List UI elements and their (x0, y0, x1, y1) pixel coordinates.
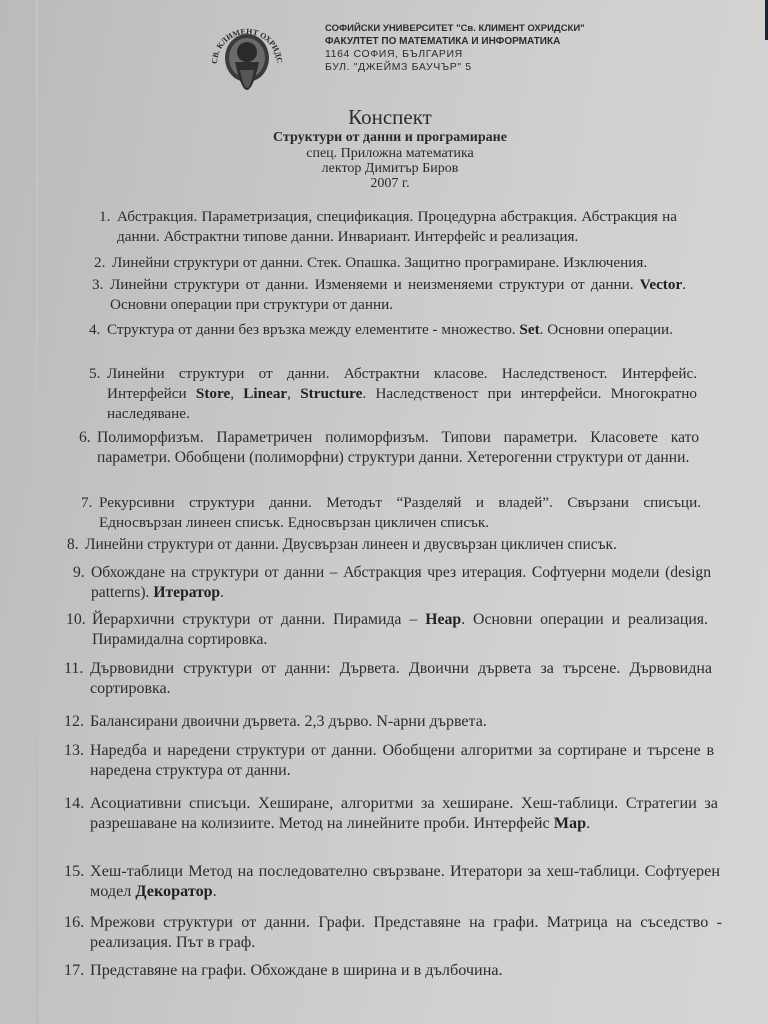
list-item-number: 9. (73, 563, 85, 583)
list-item: 7.Рекурсивни структури данни. Методът “Р… (99, 493, 701, 533)
document-header: Конспект Структури от данни и програмира… (0, 104, 768, 191)
list-item-text: Дървовидни структури от данни: Дървета. … (90, 660, 712, 697)
bold-term: Set (519, 321, 539, 338)
list-item-text: Мрежови структури от данни. Графи. Предс… (90, 913, 722, 951)
list-item-number: 15. (64, 861, 84, 881)
bold-term: Structure (300, 385, 362, 402)
list-item: 4.Структура от данни без връзка между ел… (107, 320, 691, 340)
list-item-number: 13. (64, 741, 84, 761)
list-item: 5.Линейни структури от данни. Абстрактни… (107, 364, 697, 424)
list-item-text: Йерархични структури от данни. Пирамида … (92, 611, 425, 628)
bold-term: Linear (243, 385, 287, 402)
address-line: БУЛ. "ДЖЕЙМЗ БАУЧЪР" 5 (325, 61, 585, 74)
list-item-number: 1. (99, 207, 110, 227)
bold-term: Итератор (153, 584, 220, 601)
list-item-text: Асоциативни списъци. Хеширане, алгоритми… (90, 794, 718, 832)
faculty-name: ФАКУЛТЕТ ПО МАТЕМАТИКА И ИНФОРМАТИКА (325, 35, 585, 48)
list-item-text: . (213, 882, 217, 900)
list-item-number: 2. (94, 253, 105, 273)
list-item-text: , (287, 385, 300, 402)
list-item-text: Полиморфизъм. Параметричен полиморфизъм.… (97, 429, 699, 466)
list-item-text: Представяне на графи. Обхождане в ширина… (90, 961, 503, 979)
list-item: 2.Линейни структури от данни. Стек. Опаш… (112, 253, 682, 273)
list-item-text: Рекурсивни структури данни. Методът “Раз… (99, 494, 701, 531)
list-item-text: Наредба и наредени структури от данни. О… (90, 742, 714, 779)
specialty: спец. Приложна математика (0, 146, 768, 161)
list-item-text: Абстракция. Параметризация, спецификация… (117, 208, 677, 245)
list-item-number: 17. (64, 960, 84, 980)
list-item: 11.Дървовидни структури от данни: Дървет… (90, 659, 712, 699)
list-item-number: 8. (67, 535, 79, 555)
list-item-number: 5. (89, 364, 100, 384)
list-item: 16.Мрежови структури от данни. Графи. Пр… (90, 912, 722, 952)
list-item-number: 6. (79, 428, 91, 448)
list-item-number: 14. (64, 793, 84, 813)
list-item-text: Линейни структури от данни. Двусвързан л… (85, 536, 617, 553)
list-item: 10.Йерархични структури от данни. Пирами… (92, 610, 708, 650)
list-item-text: Структура от данни без връзка между елем… (107, 321, 519, 338)
list-item: 12.Балансирани двоични дървета. 2,3 дърв… (90, 712, 712, 732)
list-item-number: 11. (64, 659, 83, 679)
page-title: Конспект (0, 104, 768, 130)
university-seal-icon: СВ. КЛИМЕНТ ОХРИДСКИ (207, 18, 287, 114)
list-item-number: 16. (64, 912, 84, 932)
letterhead: СВ. КЛИМЕНТ ОХРИДСКИ СОФИЙСКИ УНИВЕРСИТЕ… (0, 0, 768, 110)
list-item-number: 7. (81, 493, 92, 513)
bold-term: Vector (640, 276, 682, 293)
list-item: 6.Полиморфизъм. Параметричен полиморфизъ… (97, 428, 699, 468)
university-name: СОФИЙСКИ УНИВЕРСИТЕТ "Св. КЛИМЕНТ ОХРИДС… (325, 22, 585, 35)
list-item-number: 10. (66, 610, 86, 630)
list-item: 9.Обхождане на структури от данни – Абст… (91, 563, 711, 603)
list-item-text: Линейни структури от данни. Изменяеми и … (110, 276, 640, 293)
list-item-text: . Основни операции. (540, 321, 673, 338)
bold-term: Map (554, 814, 586, 832)
list-item-text: , (230, 385, 243, 402)
list-item: 17.Представяне на графи. Обхождане в шир… (90, 960, 722, 980)
bold-term: Store (196, 385, 230, 402)
list-item: 1.Абстракция. Параметризация, спецификац… (117, 207, 677, 247)
list-item-text: . (586, 814, 590, 832)
list-item: 15.Хеш-таблици Метод на последователно с… (90, 861, 720, 901)
bold-term: Декоратор (135, 882, 212, 900)
list-item: 8.Линейни структури от данни. Двусвързан… (85, 535, 705, 555)
list-item-number: 4. (89, 320, 100, 340)
course-title: Структури от данни и програмиране (0, 130, 768, 146)
list-item-number: 3. (92, 275, 103, 295)
lecturer: лектор Димитър Биров (0, 161, 768, 176)
list-item-number: 12. (64, 712, 84, 732)
list-item: 3.Линейни структури от данни. Изменяеми … (110, 275, 686, 315)
city-line: 1164 СОФИЯ, БЪЛГАРИЯ (325, 48, 585, 61)
list-item: 13.Наредба и наредени структури от данни… (90, 741, 714, 781)
list-item-text: . (220, 584, 224, 601)
list-item-text: Балансирани двоични дървета. 2,3 дърво. … (90, 713, 487, 730)
bold-term: Heap (425, 611, 461, 628)
list-item: 14.Асоциативни списъци. Хеширане, алгори… (90, 793, 718, 833)
year: 2007 г. (0, 176, 768, 191)
list-item-text: Линейни структури от данни. Стек. Опашка… (112, 254, 647, 271)
